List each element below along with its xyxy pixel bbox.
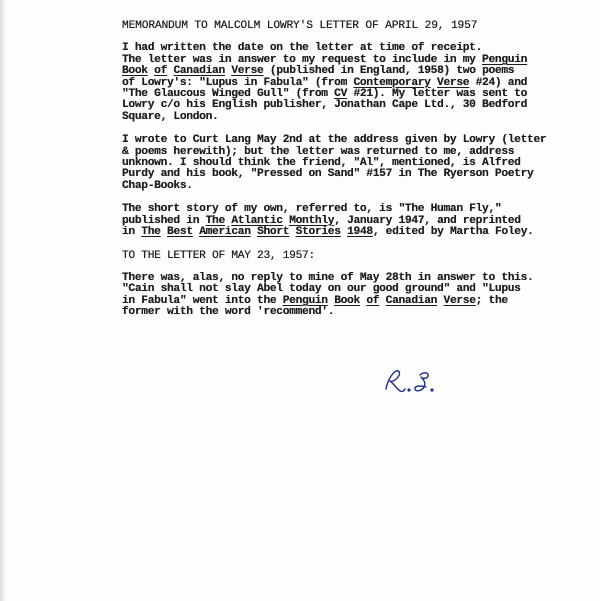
memorandum-page: MEMORANDUM TO MALCOLM LOWRY'S LETTER OF …	[122, 21, 592, 331]
underlined-title-text: Penguin	[283, 295, 328, 307]
text-segment: of Lowry's: "Lupus in Fabula" (from	[122, 77, 353, 89]
text-segment: & poems herewith); but the letter was re…	[122, 146, 514, 158]
underlined-title-text: of	[366, 295, 379, 307]
underlined-title-text: Verse	[444, 295, 476, 307]
text-segment: I wrote to Curt Lang May 2nd at the addr…	[122, 134, 546, 146]
text-segment: The letter was in answer to my request t…	[122, 54, 482, 66]
text-segment: (published in England, 1958) two poems	[263, 65, 514, 77]
underlined-title-text: Canadian	[173, 65, 224, 77]
underlined-title-text: 1948	[347, 226, 373, 238]
underlined-title-text: Best	[167, 226, 193, 238]
text-line: Square, London.	[122, 112, 592, 123]
handwritten-initials-signature: R. G.	[380, 365, 440, 405]
underlined-title-text: Verse	[437, 77, 469, 89]
paragraph-3: The short story of my own, referred to, …	[122, 204, 592, 238]
underlined-title-text: The	[206, 215, 225, 227]
text-segment: Chap-Books.	[122, 180, 193, 192]
text-segment: , edited by Martha Foley.	[373, 226, 534, 238]
underlined-title-text: of	[154, 65, 167, 77]
underlined-title-text: Book	[122, 65, 148, 77]
text-segment: published in	[122, 215, 206, 227]
text-segment: , January 1947, and reprinted	[334, 215, 520, 227]
text-segment: Purdy and his book, "Pressed on Sand" #1…	[122, 168, 533, 180]
text-segment: Square, London.	[122, 111, 218, 123]
text-segment: in	[122, 226, 141, 238]
text-segment: former with the word 'recommend'.	[122, 306, 334, 318]
text-segment: ; the	[476, 295, 508, 307]
underlined-title-text: Contemporary	[353, 77, 430, 89]
paragraph-2: I wrote to Curt Lang May 2nd at the addr…	[122, 135, 592, 192]
underlined-title-text: Verse	[231, 65, 263, 77]
text-segment: in Fabula" went into the	[122, 295, 283, 307]
underlined-title-text: Canadian	[386, 295, 437, 307]
underlined-title-text: Atlantic	[231, 215, 282, 227]
paragraph-1: I had written the date on the letter at …	[122, 43, 592, 123]
underlined-title-text: Penguin	[482, 54, 527, 66]
underlined-title-text: The	[141, 226, 160, 238]
text-segment: I had written the date on the letter at …	[122, 42, 482, 54]
text-line: former with the word 'recommend'.	[122, 307, 592, 318]
underlined-title-text: American	[199, 226, 250, 238]
text-segment: "Cain shall not slay Abel today on our g…	[122, 283, 521, 295]
underlined-title-text: Monthly	[289, 215, 334, 227]
underlined-title-text: Book	[334, 295, 360, 307]
paragraph-4: There was, alas, no reply to mine of May…	[122, 273, 592, 319]
text-line: Chap-Books.	[122, 181, 592, 192]
page-edge-shadow	[0, 0, 6, 601]
memo-title: MEMORANDUM TO MALCOLM LOWRY'S LETTER OF …	[122, 21, 592, 32]
underlined-title-text: Stories	[296, 226, 341, 238]
subheading-may-23: TO THE LETTER OF MAY 23, 1957:	[122, 251, 592, 262]
signature-strokes	[386, 371, 433, 392]
text-segment: #24) and	[469, 77, 527, 89]
underlined-title-text: Short	[257, 226, 289, 238]
text-segment: The short story of my own, referred to, …	[122, 203, 501, 215]
text-line: in The Best American Short Stories 1948,…	[122, 227, 592, 238]
text-segment: Lowry c/o his English publisher, Jonatha…	[122, 99, 527, 111]
